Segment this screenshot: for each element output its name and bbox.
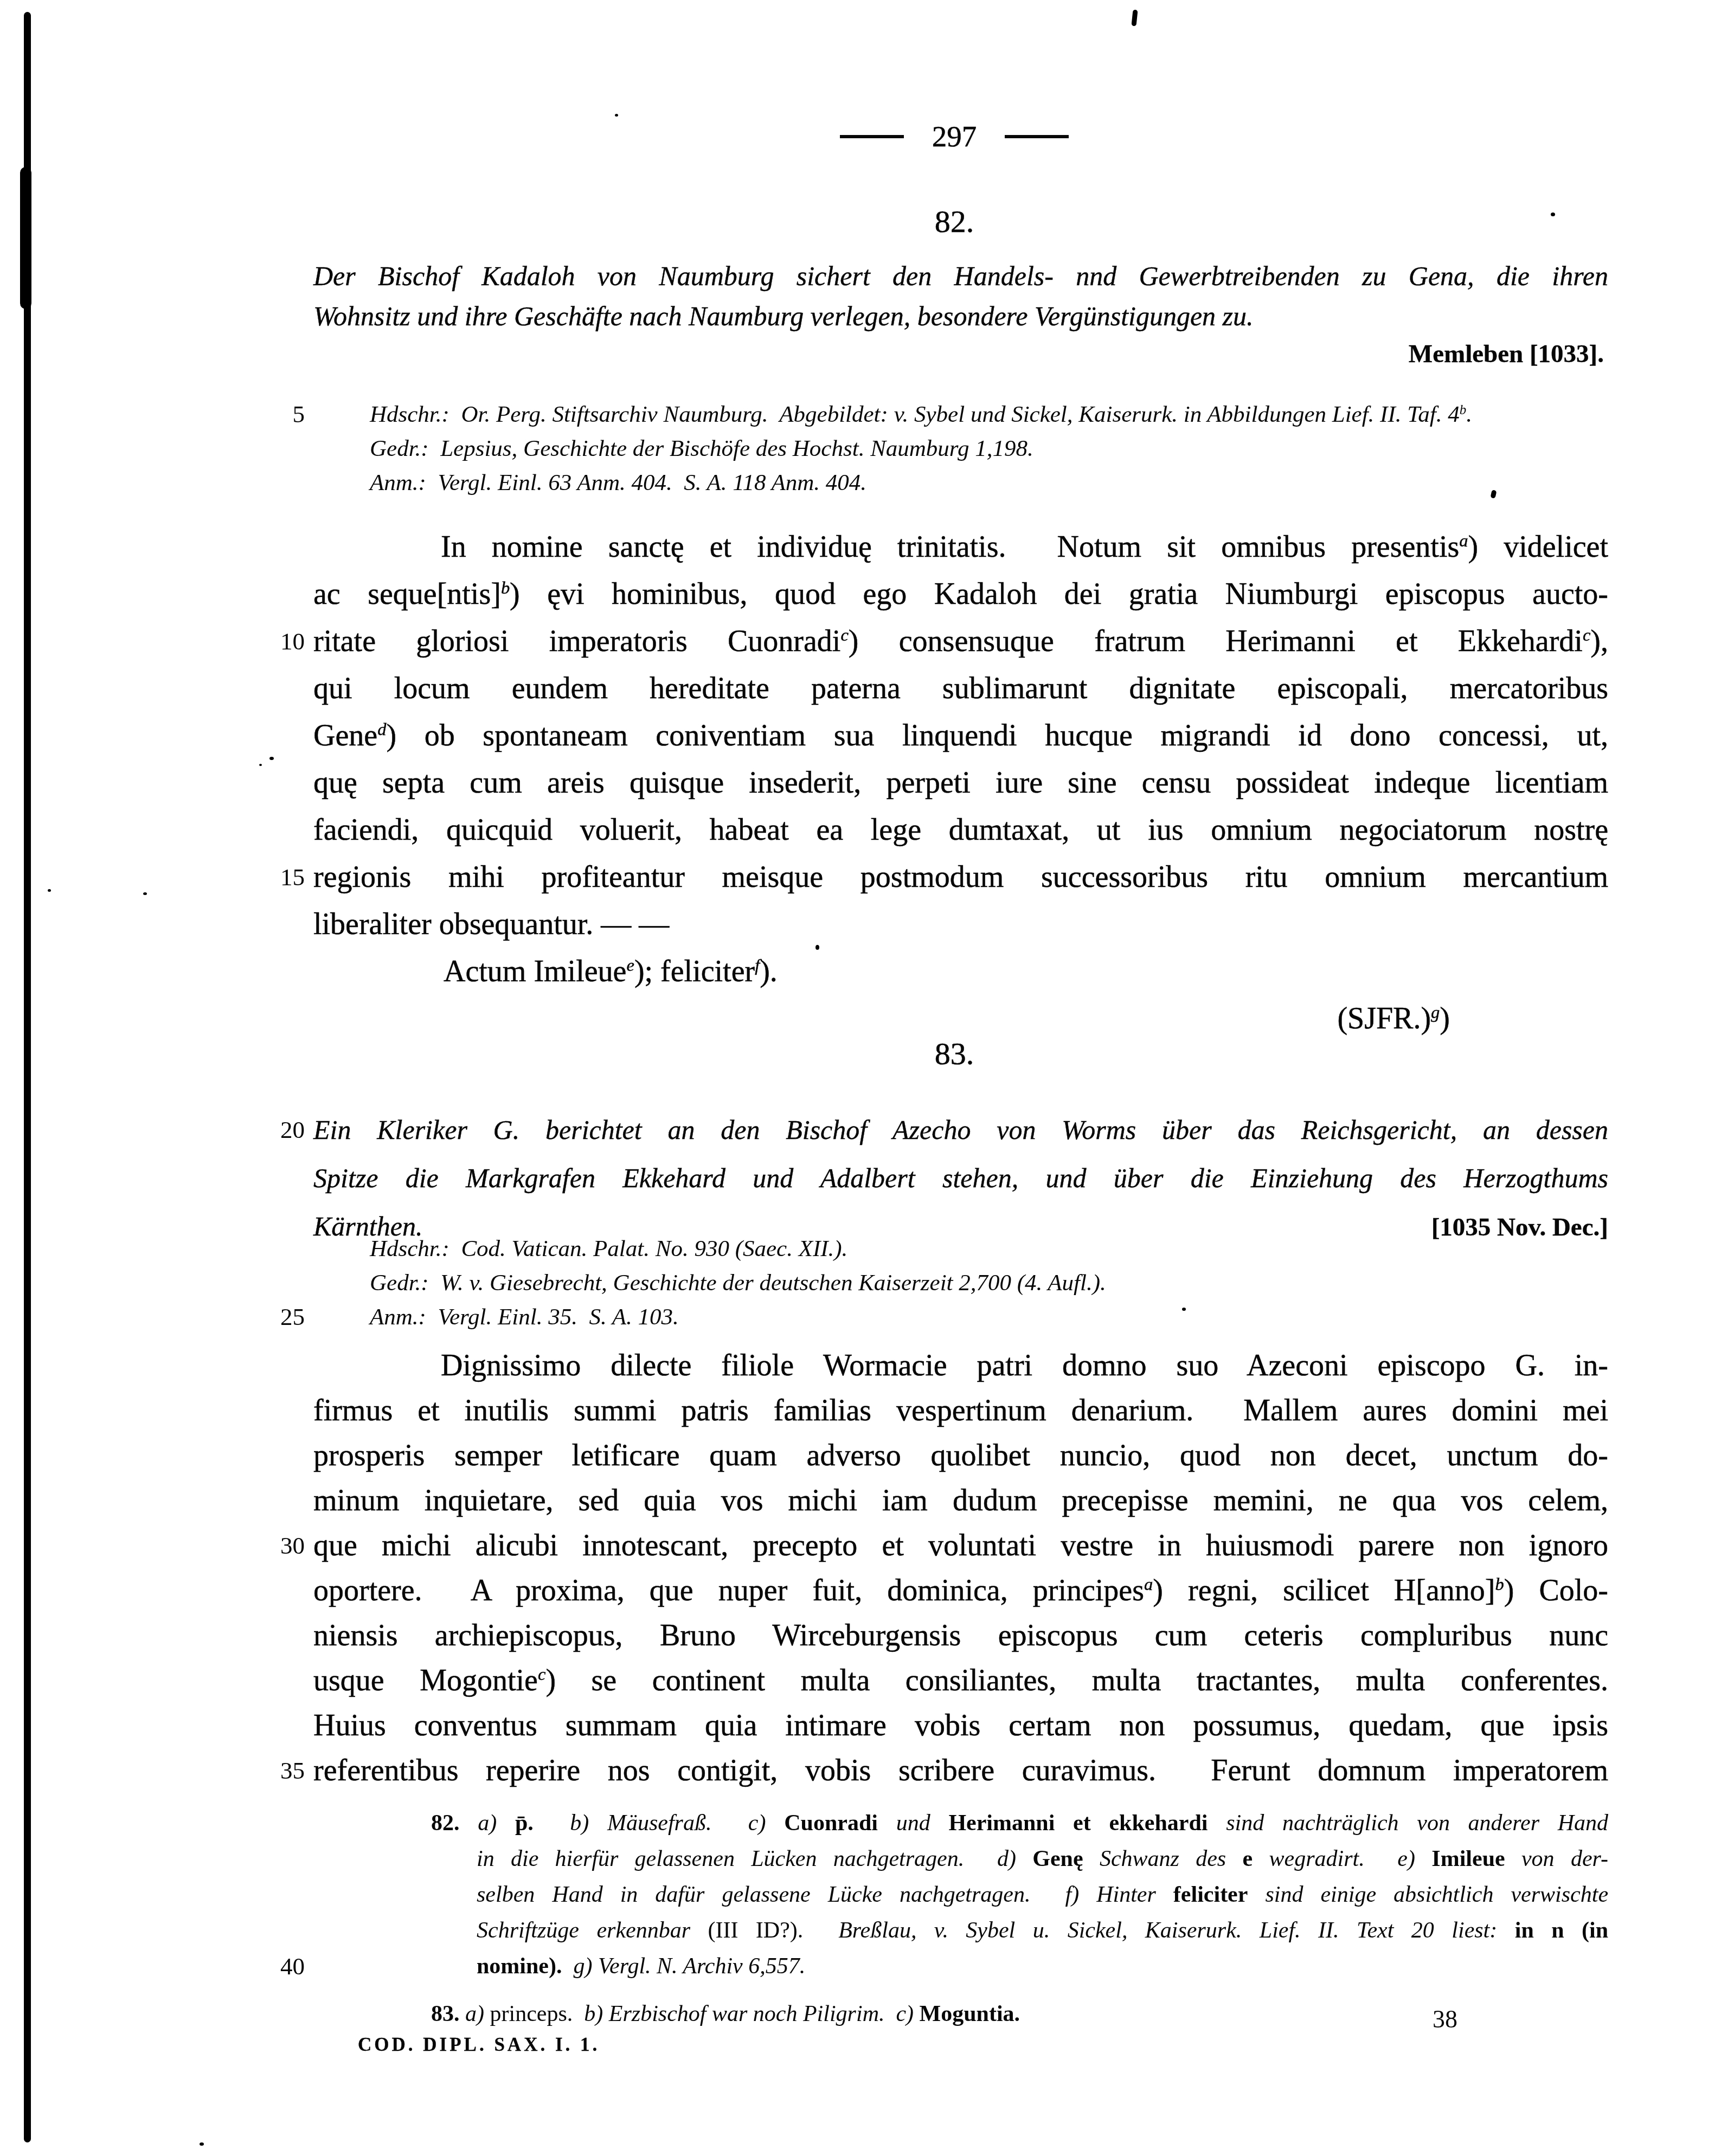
latin-text-line: minum inquietare, sed quia vos michi iam… [313,1478,1608,1523]
latin-text-line: referentibus reperire nos contigit, vobi… [313,1748,1608,1793]
scanned-book-page: 297 82. Der Bischof Kadaloh von Naumburg… [0,0,1721,2156]
latin-text-line: qui locum eundem hereditate paterna subl… [313,665,1608,712]
entry-83-source-notes: Hdschr.: Cod. Vatican. Palat. No. 930 (S… [370,1232,1608,1334]
margin-line-number-20: 20 [233,1106,305,1154]
page-number-left-rule [840,135,904,138]
volume-signature: COD. DIPL. SAX. I. 1. [358,2034,600,2056]
source-line-anm: Anm.: Vergl. Einl. 63 Anm. 404. S. A. 11… [370,466,1608,500]
latin-text-line: prosperis semper letificare quam adverso… [313,1433,1608,1478]
entry-82-charter-text: In nomine sanctę et individuę trinitatis… [313,524,1608,1042]
latin-text-line: oportere. A proxima, que nuper fuit, dom… [313,1568,1608,1613]
page-number-header: 297 [304,115,1605,158]
scan-speck [1131,10,1138,27]
source-line-gedr: Gedr.: Lepsius, Geschichte der Bischöfe … [370,432,1608,466]
latin-text-line: ac seque[ntis]b) ęvi hominibus, quod ego… [313,571,1608,618]
margin-line-number-10: 10 [233,618,305,665]
latin-text-line: que michi alicubi innotescant, precepto … [313,1523,1608,1568]
margin-line-number-40: 40 [233,1948,305,1984]
latin-text-line: quę septa cum areis quisque insederit, p… [313,760,1608,807]
regest-line: Ein Kleriker G. berichtet an den Bischof… [313,1106,1608,1154]
scan-artifact-left-edge-bulge [20,167,31,309]
source-line-gedr: Gedr.: W. v. Giesebrecht, Geschichte der… [370,1266,1608,1300]
latin-text-line: In nomine sanctę et individuę trinitatis… [313,524,1608,571]
source-line-hdschr: Hdschr.: Or. Perg. Stiftsarchiv Naumburg… [370,397,1608,432]
entry-83-regest: Ein Kleriker G. berichtet an den Bischof… [313,1106,1608,1252]
entry-83-heading: 83. [304,1032,1605,1076]
scan-speck [48,889,51,892]
entry-82-actum-line: Actum Imileuee); feliciterf). [313,948,1608,995]
regest-line: Spitze die Markgrafen Ekkehard und Adalb… [313,1154,1608,1202]
latin-text-line: firmus et inutilis summi patris familias… [313,1388,1608,1433]
scan-speck [259,764,262,766]
latin-text-line: usque Mogontiec) se continent multa cons… [313,1658,1608,1703]
scan-speck [269,757,274,760]
entry-83-letter-text: Dignissimo dilecte filiole Wormacie patr… [313,1343,1608,1793]
latin-text-line: ritate gloriosi imperatoris Cuonradic) c… [313,618,1608,665]
margin-line-number-35: 35 [233,1748,305,1793]
latin-text-line: faciendi, quicquid voluerit, habeat ea l… [313,807,1608,854]
margin-line-number-25: 25 [233,1300,305,1334]
source-line-hdschr: Hdschr.: Cod. Vatican. Palat. No. 930 (S… [370,1232,1608,1266]
source-line-anm: Anm.: Vergl. Einl. 35. S. A. 103. [370,1300,1608,1334]
page-number-right-rule [1005,135,1069,138]
latin-text-line: Huius conventus summam quia intimare vob… [313,1703,1608,1748]
latin-text-line: regionis mihi profiteantur meisque postm… [313,854,1608,901]
latin-text-line: Gened) ob spontaneam coniventiam sua lin… [313,712,1608,760]
entry-82-source-notes: Hdschr.: Or. Perg. Stiftsarchiv Naumburg… [370,397,1608,500]
scan-artifact-left-edge [24,12,31,2142]
footnote-line: selben Hand in dafür gelassene Lücke nac… [477,1877,1608,1913]
footnote-line: 82. a) p̄. b) Mäusefraß. c) Cuonradi und… [431,1805,1608,1841]
latin-text-line: niensis archiepiscopus, Bruno Wirceburge… [313,1613,1608,1658]
entry-82-footnotes: 82. a) p̄. b) Mäusefraß. c) Cuonradi und… [431,1805,1608,1984]
sheet-number: 38 [1410,2005,1480,2033]
regest-line: Der Bischof Kadaloh von Naumburg sichert… [313,256,1608,296]
regest-line: Wohnsitz und ihre Geschäfte nach Naumbur… [313,296,1608,336]
margin-line-number-5: 5 [233,397,305,432]
scan-speck [143,892,147,895]
page-number: 297 [932,120,977,153]
entry-82-regest: Der Bischof Kadaloh von Naumburg sichert… [313,256,1608,336]
entry-82-date: Memleben [1033]. [313,337,1604,371]
latin-text-line: Dignissimo dilecte filiole Wormacie patr… [313,1343,1608,1388]
margin-line-number-30: 30 [233,1523,305,1568]
scan-speck [200,2142,204,2146]
footnote-line: in die hierfür gelassenen Lücken nachget… [477,1841,1608,1877]
margin-line-number-15: 15 [233,854,305,901]
latin-text-line: liberaliter obsequantur. — — [313,901,1608,948]
footnote-line: Schriftzüge erkennbar (III ID?). Breßlau… [477,1913,1608,1948]
entry-82-heading: 82. [304,199,1605,244]
footnote-line: nomine). g) Vergl. N. Archiv 6,557. [477,1948,1608,1984]
